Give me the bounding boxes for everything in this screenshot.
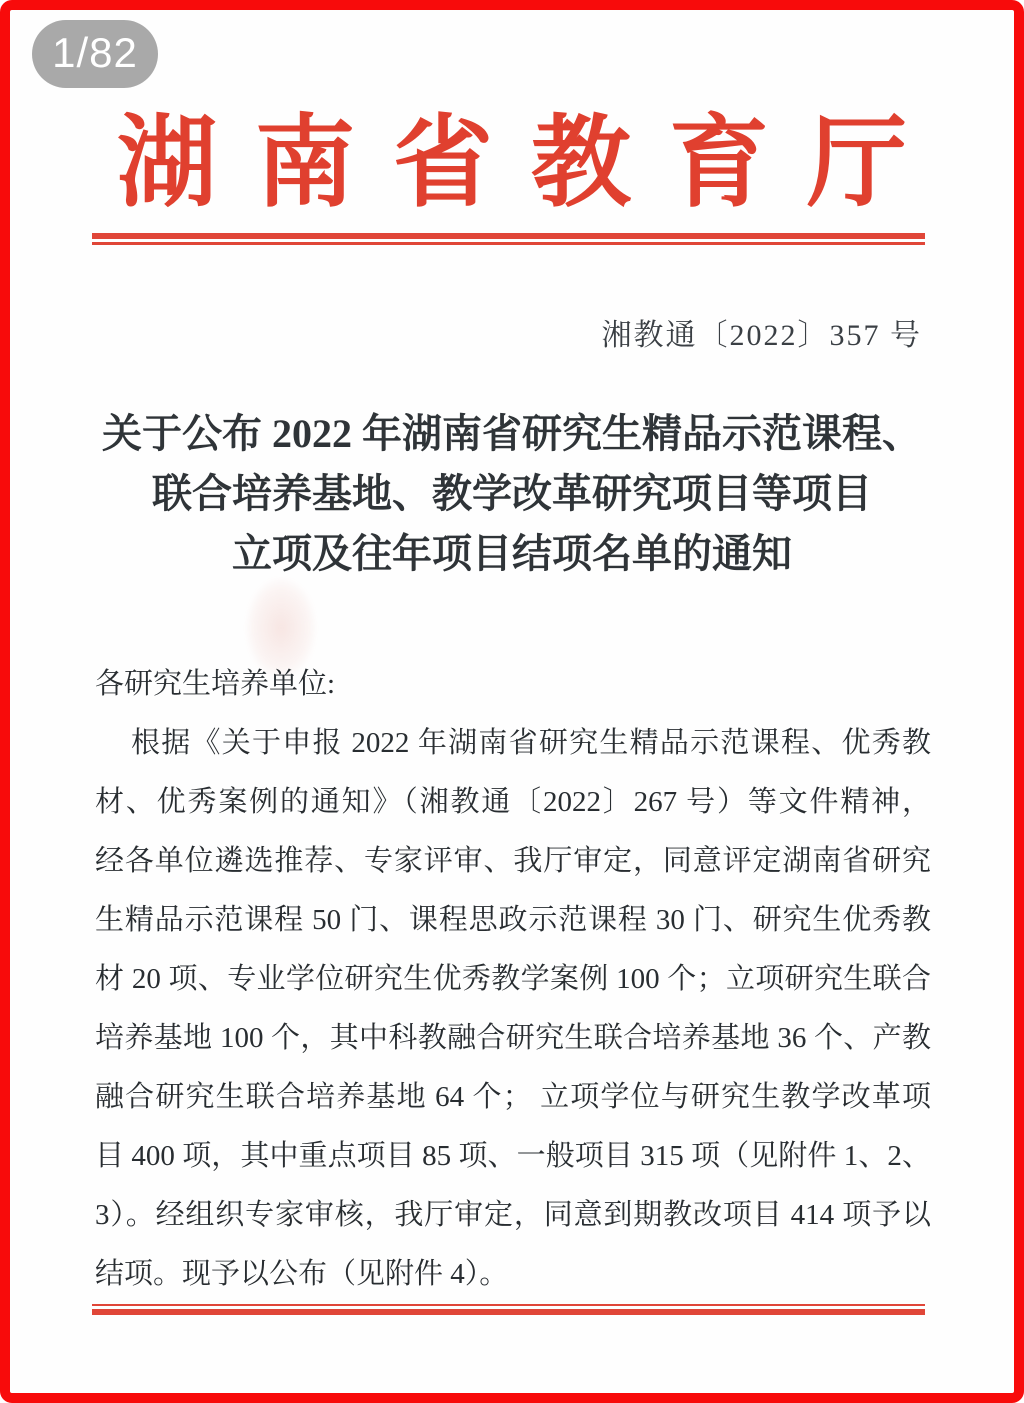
notice-title: 关于公布 2022 年湖南省研究生精品示范课程、 联合培养基地、教学改革研究项目… bbox=[94, 404, 930, 584]
title-line: 关于公布 2022 年湖南省研究生精品示范课程、 bbox=[94, 404, 930, 464]
title-line: 立项及往年项目结项名单的通知 bbox=[94, 524, 930, 584]
body-line: 培养基地 100 个，其中科教融合研究生联合培养基地 36 个、产教 bbox=[95, 1009, 931, 1068]
body-line: 目 400 项，其中重点项目 85 项、一般项目 315 项（见附件 1、2、 bbox=[95, 1127, 931, 1186]
letterhead-agency-name: 湖南省教育厅 bbox=[10, 106, 1014, 221]
body-line: 结项。现予以公布（见附件 4）。 bbox=[95, 1245, 931, 1304]
page-indicator-label: 1/82 bbox=[52, 29, 138, 76]
footer-separator-rule bbox=[92, 1304, 925, 1315]
document-number: 湘教通〔2022〕357 号 bbox=[602, 310, 923, 354]
letterhead-separator-rule bbox=[92, 233, 925, 245]
body-line: 生精品示范课程 50 门、课程思政示范课程 30 门、研究生优秀教 bbox=[95, 891, 931, 950]
body-line: 3）。经组织专家审核，我厅审定，同意到期教改项目 414 项予以 bbox=[95, 1186, 931, 1245]
body-line: 材、优秀案例的通知》（湘教通〔2022〕267 号）等文件精神， bbox=[95, 773, 931, 832]
notice-body: 各研究生培养单位: 根据《关于申报 2022 年湖南省研究生精品示范课程、优秀教… bbox=[95, 655, 931, 1304]
salutation: 各研究生培养单位: bbox=[95, 655, 931, 714]
body-line: 材 20 项、专业学位研究生优秀教学案例 100 个；立项研究生联合 bbox=[95, 950, 931, 1009]
title-line: 联合培养基地、教学改革研究项目等项目 bbox=[94, 464, 930, 524]
document-page: 1/82 湖南省教育厅 湘教通〔2022〕357 号 关于公布 2022 年湖南… bbox=[0, 0, 1024, 1403]
body-line: 经各单位遴选推荐、专家评审、我厅审定，同意评定湖南省研究 bbox=[95, 832, 931, 891]
body-line: 根据《关于申报 2022 年湖南省研究生精品示范课程、优秀教 bbox=[95, 714, 931, 773]
body-line: 融合研究生联合培养基地 64 个； 立项学位与研究生教学改革项 bbox=[95, 1068, 931, 1127]
page-indicator-badge: 1/82 bbox=[32, 20, 158, 88]
